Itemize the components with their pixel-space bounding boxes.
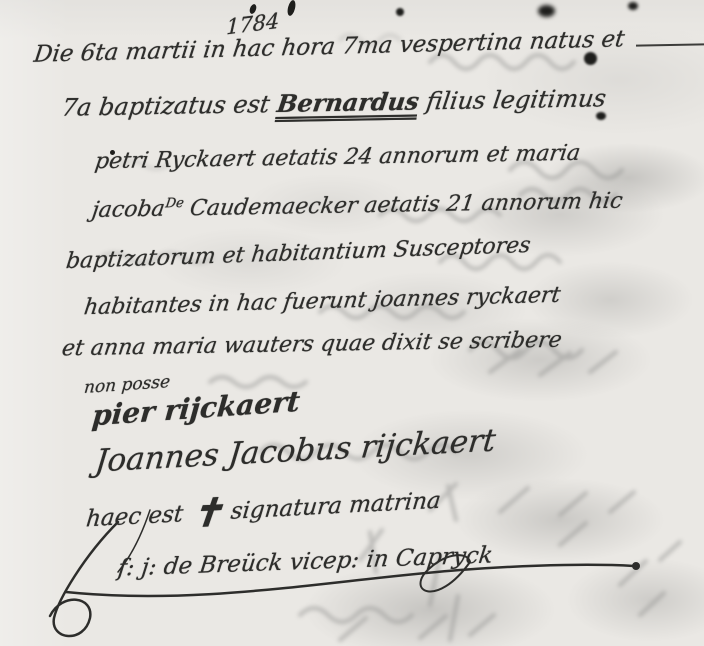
pen-flourishes bbox=[0, 0, 704, 646]
scanned-register-page: 1784 Die 6ta martii in hac hora 7ma vesp… bbox=[0, 0, 704, 646]
